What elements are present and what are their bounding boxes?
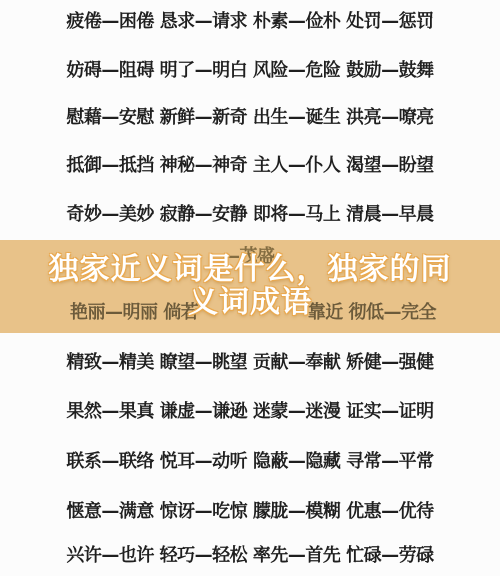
article-image: 疲倦—困倦 恳求—请求 朴素—俭朴 处罚—惩罚 妨碍—阻碍 明了—明白 风险—危…: [0, 0, 500, 576]
synonym-row: 联系—联络 悦耳—动听 隐蔽—隐藏 寻常—平常: [0, 452, 500, 472]
synonym-row: 疲倦—困倦 恳求—请求 朴素—俭朴 处罚—惩罚: [0, 12, 500, 32]
overlay-title-line1: 独家近义词是什么，独家的同: [0, 253, 500, 286]
synonym-row: 慰藉—安慰 新鲜—新奇 出生—诞生 洪亮—嘹亮: [0, 108, 500, 128]
synonym-row: 惬意—满意 惊讶—吃惊 朦胧—模糊 优惠—优待: [0, 502, 500, 522]
synonym-row: 精致—精美 瞭望—眺望 贡献—奉献 矫健—强健: [0, 353, 500, 373]
overlay-title: 独家近义词是什么，独家的同 义词成语: [0, 253, 500, 319]
synonym-row: 抵御—抵挡 神秘—神奇 主人—仆人 渴望—盼望: [0, 156, 500, 176]
synonym-row: 果然—果真 谦虚—谦逊 迷蒙—迷漫 证实—证明: [0, 402, 500, 422]
synonym-row: 兴许—也许 轻巧—轻松 率先—首先 忙碌—劳碌: [0, 546, 500, 566]
synonym-row: 妨碍—阻碍 明了—明白 风险—危险 鼓励—鼓舞: [0, 61, 500, 81]
overlay-title-line2: 义词成语: [0, 286, 500, 319]
synonym-row: 奇妙—美妙 寂静—安静 即将—马上 清晨—早晨: [0, 205, 500, 225]
